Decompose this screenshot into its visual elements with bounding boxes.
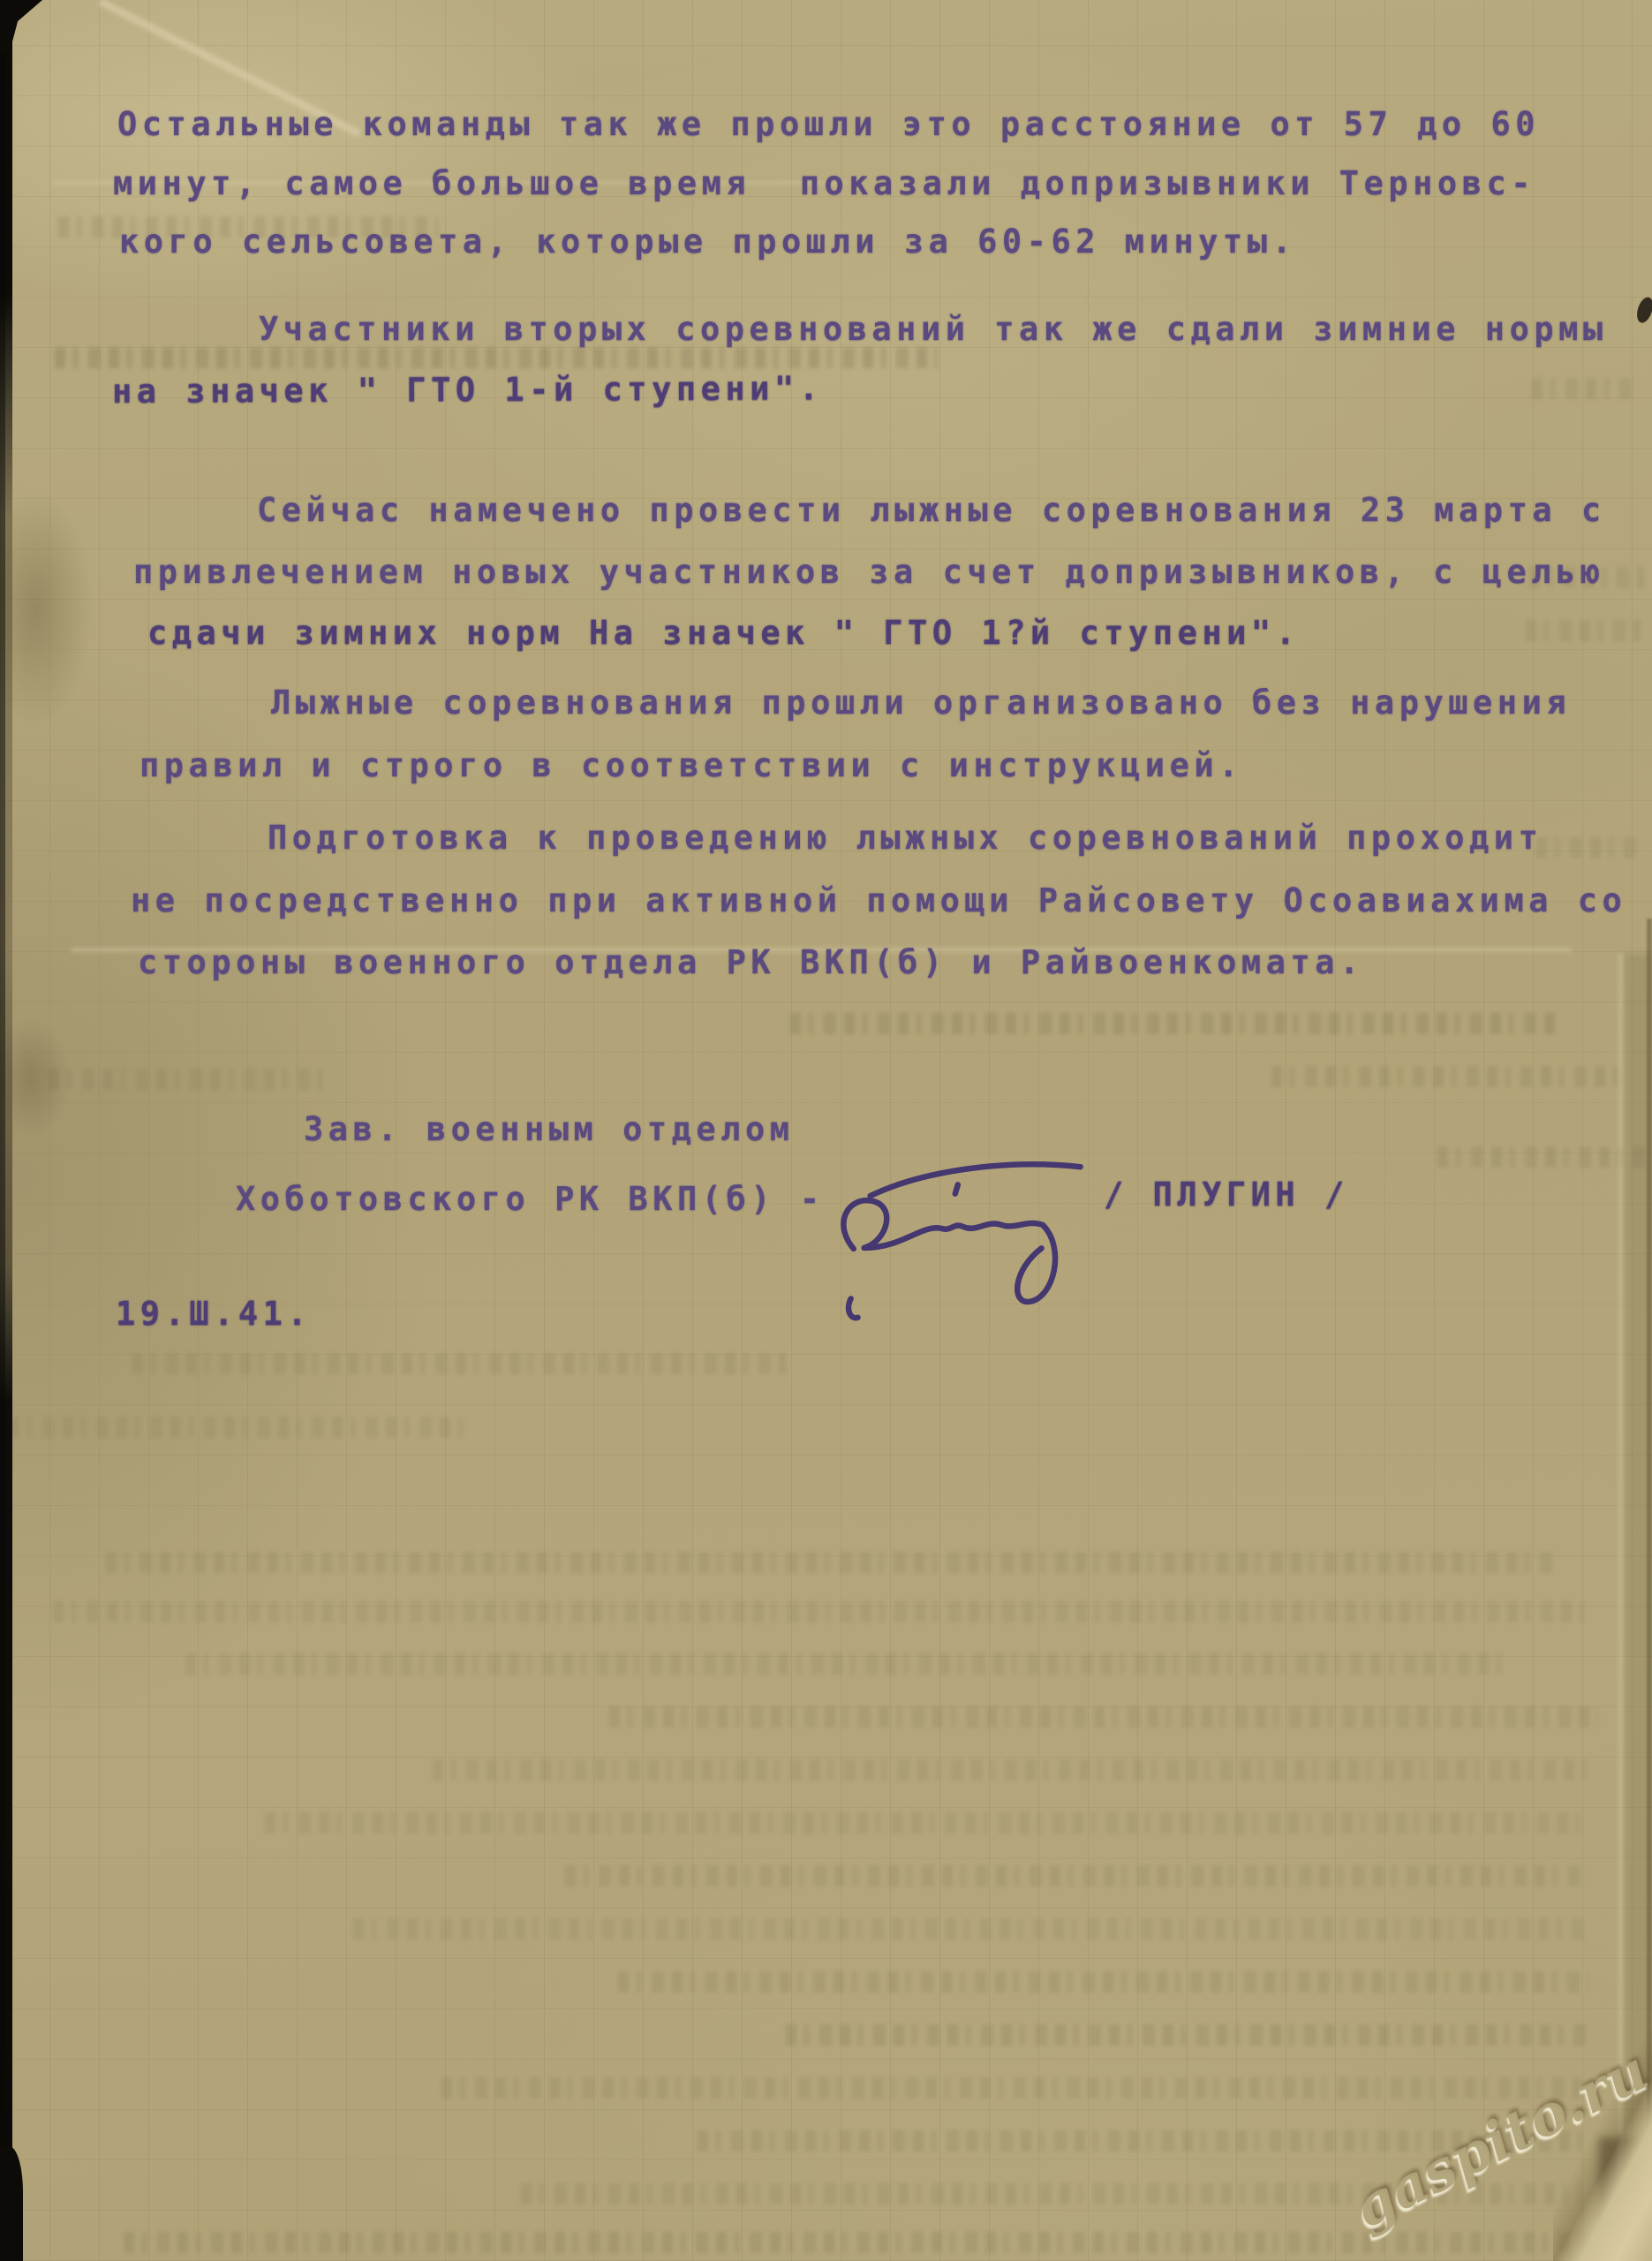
bleed-through-line <box>1271 1066 1625 1087</box>
paragraph-2-line-2: на значек " ГТО 1-й ступени". <box>112 370 824 411</box>
scan-edge-right <box>1647 919 1652 2261</box>
bleed-through-line <box>353 1918 1589 1940</box>
document-page: Остальные команды так же прошли это расс… <box>0 0 1652 2261</box>
bleed-through-line <box>1532 378 1638 399</box>
bleed-through-line <box>1536 837 1642 858</box>
bleed-through-line <box>786 2024 1589 2045</box>
signature-role-line-1: Зав. военным отделом <box>304 1111 795 1149</box>
handwritten-signature <box>811 1128 1135 1344</box>
signature-role-line-2: Хоботовского РК ВКП(б) - <box>236 1181 825 1219</box>
paragraph-3-line-1: Сейчас намечено провести лыжные соревнов… <box>257 492 1606 530</box>
document-date: 19.Ш.41. <box>116 1296 312 1334</box>
bleed-through-line <box>441 2077 1580 2098</box>
scan-corner-top-left <box>0 0 42 53</box>
bleed-through-line <box>433 1759 1589 1781</box>
paragraph-4-line-2: правил и строго в соответствии с инструк… <box>140 747 1243 785</box>
bleed-through-line <box>55 347 938 368</box>
paragraph-2-line-1: Участники вторых соревнований так же сда… <box>259 311 1608 349</box>
scan-corner-bottom-left <box>0 2146 23 2261</box>
page-curl-bottom-right <box>1553 2026 1652 2261</box>
bleed-through-line <box>618 1971 1589 1993</box>
bleed-through-line <box>1526 620 1641 641</box>
bleed-through-line <box>609 1706 1598 1728</box>
shade-right-margin <box>1625 954 1652 2261</box>
paragraph-1-line-2: минут, самое большое время показали допр… <box>113 165 1535 203</box>
bleed-through-line <box>698 2130 1589 2151</box>
bleed-through-line <box>185 1653 1510 1675</box>
bleed-through-line <box>790 1013 1558 1034</box>
watermark: gaspito.ru <box>1343 2038 1652 2241</box>
crease-vertical-right <box>1618 954 1623 2261</box>
paragraph-5-line-1: Подготовка к проведению лыжных соревнова… <box>268 820 1543 858</box>
paragraph-1-line-1: Остальные команды так же прошли это расс… <box>117 106 1540 144</box>
bleed-through-line <box>106 1552 1554 1573</box>
paragraph-3-line-3: сдачи зимних норм На значек " ГТО 1?й ст… <box>147 615 1300 653</box>
page-curl-shadow <box>1599 2137 1652 2261</box>
bleed-through-line <box>565 1865 1589 1887</box>
bleed-through-line <box>521 2183 1580 2204</box>
bleed-through-line <box>132 1353 786 1374</box>
bleed-through-line <box>53 1601 1589 1622</box>
signature-typed-name: / ПЛУГИН / <box>1104 1176 1349 1214</box>
paragraph-3-line-2: привлечением новых участников за счет до… <box>133 554 1605 592</box>
dark-blotch-left-2 <box>0 1016 71 1139</box>
bleed-through-line <box>124 2232 1589 2253</box>
bleed-through-line <box>1437 1146 1645 1168</box>
bleed-through-line <box>49 1069 322 1090</box>
ink-speck-right-edge <box>1634 295 1652 324</box>
paragraph-5-line-2: не посредственно при активной помощи Рай… <box>131 882 1626 920</box>
bleed-through-line <box>9 1417 468 1438</box>
bleed-through-line <box>265 1812 1580 1834</box>
paragraph-1-line-3: кого сельсовета, которые прошли за 60-62… <box>119 223 1296 261</box>
paragraph-4-line-1: Лыжные соревнования прошли организовано … <box>271 684 1571 722</box>
dark-blotch-left <box>0 490 93 729</box>
paragraph-5-line-3: стороны военного отдела РК ВКП(б) и Райв… <box>138 944 1364 982</box>
scan-edge-left-inner <box>0 0 5 2261</box>
scan-edge-left <box>0 0 12 2261</box>
